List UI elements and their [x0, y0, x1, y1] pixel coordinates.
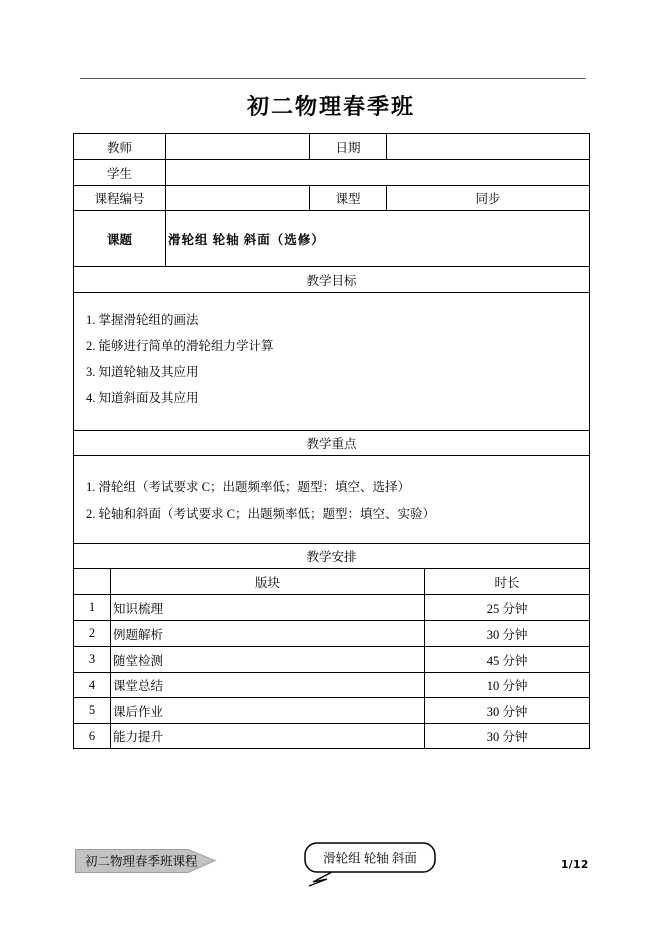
- footer-course-banner-label: 初二物理春季班课程: [85, 854, 198, 869]
- objectives-cell: 1. 掌握滑轮组的画法 2. 能够进行简单的滑轮组力学计算 3. 知道轮轴及其应…: [74, 293, 590, 431]
- row-student: 学生: [74, 160, 590, 186]
- schedule-no: 4: [74, 673, 111, 698]
- topic-value: 滑轮组 轮轴 斜面（选修）: [166, 211, 590, 267]
- schedule-module: 课堂总结: [111, 673, 425, 698]
- schedule-header: 教学安排: [74, 544, 590, 569]
- keypoint-item: 1. 滑轮组（考试要求 C；出题频率低；题型：填空、选择）: [86, 474, 581, 501]
- row-keypoints-header: 教学重点: [74, 431, 590, 456]
- bubble-tail: [309, 872, 332, 886]
- objective-item: 3. 知道轮轴及其应用: [86, 359, 581, 385]
- schedule-row: 1 知识梳理 25 分钟: [74, 595, 590, 621]
- objective-item: 2. 能够进行简单的滑轮组力学计算: [86, 333, 581, 359]
- footer-course-banner: 初二物理春季班课程: [75, 849, 217, 873]
- course-type-label: 课型: [310, 186, 387, 211]
- course-id-value: [166, 186, 310, 211]
- date-value: [387, 134, 590, 160]
- schedule-no: 1: [74, 595, 111, 621]
- footer-topic-bubble: 滑轮组 轮轴 斜面: [300, 841, 442, 891]
- schedule-duration: 10 分钟: [425, 673, 590, 698]
- document-page: 初二物理春季班 教师 日期 学生 课程编号 课型 同步 课题 滑轮组 轮轴 斜面…: [0, 0, 661, 935]
- schedule-row: 6 能力提升 30 分钟: [74, 724, 590, 749]
- student-value: [166, 160, 590, 186]
- schedule-row: 4 课堂总结 10 分钟: [74, 673, 590, 698]
- schedule-module: 随堂检测: [111, 647, 425, 673]
- row-teacher-date: 教师 日期: [74, 134, 590, 160]
- course-type-value: 同步: [387, 186, 590, 211]
- schedule-no: 6: [74, 724, 111, 749]
- row-topic: 课题 滑轮组 轮轴 斜面（选修）: [74, 211, 590, 267]
- schedule-duration: 30 分钟: [425, 621, 590, 647]
- schedule-row: 2 例题解析 30 分钟: [74, 621, 590, 647]
- page-title: 初二物理春季班: [73, 90, 589, 121]
- schedule-module: 能力提升: [111, 724, 425, 749]
- schedule-column-headers: 版块 时长: [74, 569, 590, 595]
- lesson-plan-table: 教师 日期 学生 课程编号 课型 同步 课题 滑轮组 轮轴 斜面（选修） 教学目…: [73, 133, 590, 749]
- schedule-duration: 25 分钟: [425, 595, 590, 621]
- teacher-label: 教师: [74, 134, 166, 160]
- schedule-row: 5 课后作业 30 分钟: [74, 698, 590, 724]
- footer-topic-bubble-label: 滑轮组 轮轴 斜面: [323, 851, 417, 866]
- keypoints-cell: 1. 滑轮组（考试要求 C；出题频率低；题型：填空、选择） 2. 轮轴和斜面（考…: [74, 456, 590, 544]
- schedule-row: 3 随堂检测 45 分钟: [74, 647, 590, 673]
- schedule-no: 5: [74, 698, 111, 724]
- schedule-duration: 45 分钟: [425, 647, 590, 673]
- keypoint-item: 2. 轮轴和斜面（考试要求 C；出题频率低；题型：填空、实验）: [86, 501, 581, 528]
- date-label: 日期: [310, 134, 387, 160]
- student-label: 学生: [74, 160, 166, 186]
- row-schedule-header: 教学安排: [74, 544, 590, 569]
- row-objectives-header: 教学目标: [74, 267, 590, 293]
- schedule-module: 课后作业: [111, 698, 425, 724]
- objective-item: 1. 掌握滑轮组的画法: [86, 307, 581, 333]
- row-course: 课程编号 课型 同步: [74, 186, 590, 211]
- row-keypoints: 1. 滑轮组（考试要求 C；出题频率低；题型：填空、选择） 2. 轮轴和斜面（考…: [74, 456, 590, 544]
- schedule-module-header: 版块: [111, 569, 425, 595]
- schedule-no: 2: [74, 621, 111, 647]
- schedule-duration-header: 时长: [425, 569, 590, 595]
- schedule-module: 知识梳理: [111, 595, 425, 621]
- teacher-value: [166, 134, 310, 160]
- course-id-label: 课程编号: [74, 186, 166, 211]
- schedule-module: 例题解析: [111, 621, 425, 647]
- page-number: 1/12: [561, 859, 589, 871]
- schedule-duration: 30 分钟: [425, 698, 590, 724]
- topic-label: 课题: [74, 211, 166, 267]
- schedule-duration: 30 分钟: [425, 724, 590, 749]
- objective-item: 4. 知道斜面及其应用: [86, 385, 581, 411]
- schedule-no: 3: [74, 647, 111, 673]
- keypoints-header: 教学重点: [74, 431, 590, 456]
- row-objectives: 1. 掌握滑轮组的画法 2. 能够进行简单的滑轮组力学计算 3. 知道轮轴及其应…: [74, 293, 590, 431]
- schedule-no-header: [74, 569, 111, 595]
- objectives-header: 教学目标: [74, 267, 590, 293]
- header-rule: [80, 78, 586, 79]
